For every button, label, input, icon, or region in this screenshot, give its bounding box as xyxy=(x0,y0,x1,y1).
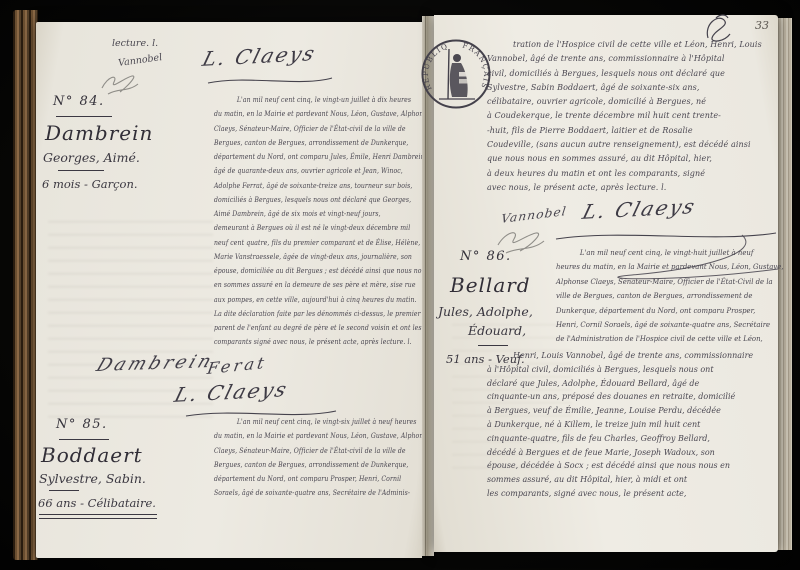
text-line: Marie Vanstraessele, âgée de vingt-deux … xyxy=(214,250,395,264)
act-surname: Dambrein xyxy=(45,121,153,145)
text-line: du matin, en la Mairie et pardevant Nous… xyxy=(214,429,395,443)
underline-rule xyxy=(59,439,109,440)
photograph-frame: lecture. l. Vannobel L. Claeys N° 84. Da… xyxy=(0,0,800,570)
underline-rule xyxy=(478,345,508,346)
double-underline-rule xyxy=(39,514,157,519)
officer-signature: L. Claeys xyxy=(172,377,291,407)
text-line: Henri, Cornil Soraels, âgé de soixante-q… xyxy=(556,318,758,332)
text-line: âgé de quarante-deux ans, ouvrier agrico… xyxy=(214,164,395,178)
text-line: Bergues, canton de Bergues, arrondisseme… xyxy=(214,458,395,472)
text-line: comparants signé avec nous, le présent a… xyxy=(214,335,395,349)
underline-rule xyxy=(49,490,79,491)
pencil-scribble xyxy=(98,68,146,98)
text-line: avec nous, le présent acte, après lectur… xyxy=(487,181,777,195)
act-number: N° 84. xyxy=(53,94,105,109)
left-page: lecture. l. Vannobel L. Claeys N° 84. Da… xyxy=(36,22,422,558)
text-line: Aimé Dambrein, âgé de six mois et vingt-… xyxy=(214,207,395,221)
text-line: Coudeville, (sans aucun autre renseignem… xyxy=(487,138,777,152)
text-line: du matin, en la Mairie et pardevant Nous… xyxy=(214,107,395,121)
text-line: à Bergues, veuf de Émilie, Jeanne, Louis… xyxy=(487,404,777,418)
act-text: tration de l'Hospice civil de cette vill… xyxy=(487,38,777,195)
text-line: département du Nord, ont comparu Prosper… xyxy=(214,472,395,486)
text-line: à Coudekerque, le trente décembre mil hu… xyxy=(487,109,777,123)
text-line: Vannobel, âgé de trente ans, commissionn… xyxy=(487,52,777,66)
text-line: département du Nord, ont comparu Jules, … xyxy=(214,150,395,164)
text-line: L'an mil neuf cent cinq, le vingt-huit j… xyxy=(556,246,758,260)
officer-signature: L. Claeys xyxy=(200,41,319,71)
text-line: décédé à Bergues et de feue Marie, Josep… xyxy=(487,446,777,460)
text-line: -huit, fils de Pierre Boddaert, laitier … xyxy=(487,124,777,138)
text-line: déclaré que Jules, Adolphe, Édouard Bell… xyxy=(487,377,777,391)
text-line: sommes assuré, au dit Hôpital, hier, à m… xyxy=(487,473,777,487)
signature-flourish xyxy=(206,74,336,88)
text-line: Henri, Louis Vannobel, âgé de trente ans… xyxy=(487,349,777,363)
text-line: à Dunkerque, né à Killem, le treize juin… xyxy=(487,418,777,432)
act-given-names: Édouard, xyxy=(468,323,526,338)
paraph-mark xyxy=(700,12,744,46)
act-given-names: Sylvestre, Sabin. xyxy=(39,471,146,486)
act-text: L'an mil neuf cent cinq, le vingt-un jui… xyxy=(214,93,395,350)
text-line: neuf cent quatre, fils du premier compar… xyxy=(214,236,395,250)
text-line: La dite déclaration faite par les dénomm… xyxy=(214,307,395,321)
text-line: ville de Bergues, canton de Bergues, arr… xyxy=(556,289,758,303)
text-line: les comparants, signé avec nous, le prés… xyxy=(487,487,777,501)
text-line: épouse, domiciliée au dit Bergues ; est … xyxy=(214,264,395,278)
underline-rule xyxy=(56,116,112,117)
text-line: L'an mil neuf cent cinq, le vingt-six ju… xyxy=(214,415,395,429)
text-line: Claeys, Sénateur-Maire, Officier de l'Ét… xyxy=(214,444,395,458)
text-line: à deux heures du matin et ont les compar… xyxy=(487,167,777,181)
act-number: N° 85. xyxy=(56,417,108,432)
text-line: à l'Hôpital civil, domiciliés à Bergues,… xyxy=(487,363,777,377)
page-number: 33 xyxy=(755,19,769,32)
underline-rule xyxy=(58,170,104,171)
text-line: Soraels, âgé de soixante-quatre ans, Sec… xyxy=(214,486,395,500)
text-line: demeurant à Bergues où il est né le ving… xyxy=(214,221,395,235)
text-line: heures du matin, en la Mairie et pardeva… xyxy=(556,260,758,274)
text-line: parent de l'enfant au degré de père et l… xyxy=(214,321,395,335)
lecture-note: lecture. l. xyxy=(112,38,158,49)
text-line: Bergues, canton de Bergues, arrondisseme… xyxy=(214,136,395,150)
officer-signature: L. Claeys xyxy=(580,194,699,224)
text-line: domiciliés à Bergues, lesquels nous ont … xyxy=(214,193,395,207)
act-surname: Bellard xyxy=(450,273,531,297)
text-line: célibataire, ouvrier agricole, domicilié… xyxy=(487,95,777,109)
act-text: Henri, Louis Vannobel, âgé de trente ans… xyxy=(487,349,777,501)
act-details: 66 ans - Célibataire. xyxy=(38,496,156,510)
text-line: civil, domiciliés à Bergues, lesquels no… xyxy=(487,67,777,81)
act-text: L'an mil neuf cent cinq, le vingt-six ju… xyxy=(214,415,395,501)
text-line: épouse, décédée à Socx ; est décédé ains… xyxy=(487,459,777,473)
text-line: Alphonse Claeys, Sénateur-Maire, Officie… xyxy=(556,275,758,289)
text-line: Adolphe Ferrat, âgé de soixante-treize a… xyxy=(214,179,395,193)
text-line: que nous nous en sommes assuré, au dit H… xyxy=(487,152,777,166)
book-edge-left xyxy=(13,10,38,560)
stamp-arc-left-text: RÉPUBLIQUE xyxy=(415,30,449,92)
act-text: L'an mil neuf cent cinq, le vingt-huit j… xyxy=(556,246,758,347)
text-line: de l'Administration de l'Hospice civil d… xyxy=(556,332,758,346)
text-line: L'an mil neuf cent cinq, le vingt-un jui… xyxy=(214,93,395,107)
act-number: N° 86. xyxy=(460,249,512,264)
text-line: Sylvestre, Sabin Boddaert, âgé de soixan… xyxy=(487,81,777,95)
witness-signature: Ferat xyxy=(206,353,269,378)
text-line: Claeys, Sénateur-Maire, Officier de l'Ét… xyxy=(214,122,395,136)
stamp-staff xyxy=(448,49,449,99)
act-details: 6 mois - Garçon. xyxy=(42,177,138,191)
stamp-denomination-mark xyxy=(459,72,468,77)
witness-note: Vannobel xyxy=(117,52,162,69)
text-line: en sommes assuré en la demeure de ses pè… xyxy=(214,278,395,292)
act-given-names: Jules, Adolphe, xyxy=(438,304,533,319)
stamp-denomination-mark xyxy=(459,79,468,84)
act-given-names: Georges, Aimé. xyxy=(43,150,140,165)
declarant-signature: Dambrein xyxy=(93,351,217,376)
revenue-stamp: RÉPUBLIQUE FRANÇAISE xyxy=(419,37,493,111)
text-line: Dunkerque, département du Nord, ont comp… xyxy=(556,304,758,318)
text-line: cinquante-un ans, préposé des douanes en… xyxy=(487,390,777,404)
svg-text:RÉPUBLIQUE: RÉPUBLIQUE xyxy=(415,30,449,92)
stamp-figure-head xyxy=(453,54,461,62)
act-surname: Boddaert xyxy=(41,443,143,467)
text-line: cinquante-quatre, fils de feu Charles, G… xyxy=(487,432,777,446)
text-line: aux pompes, en cette ville, aujourd'hui … xyxy=(214,293,395,307)
